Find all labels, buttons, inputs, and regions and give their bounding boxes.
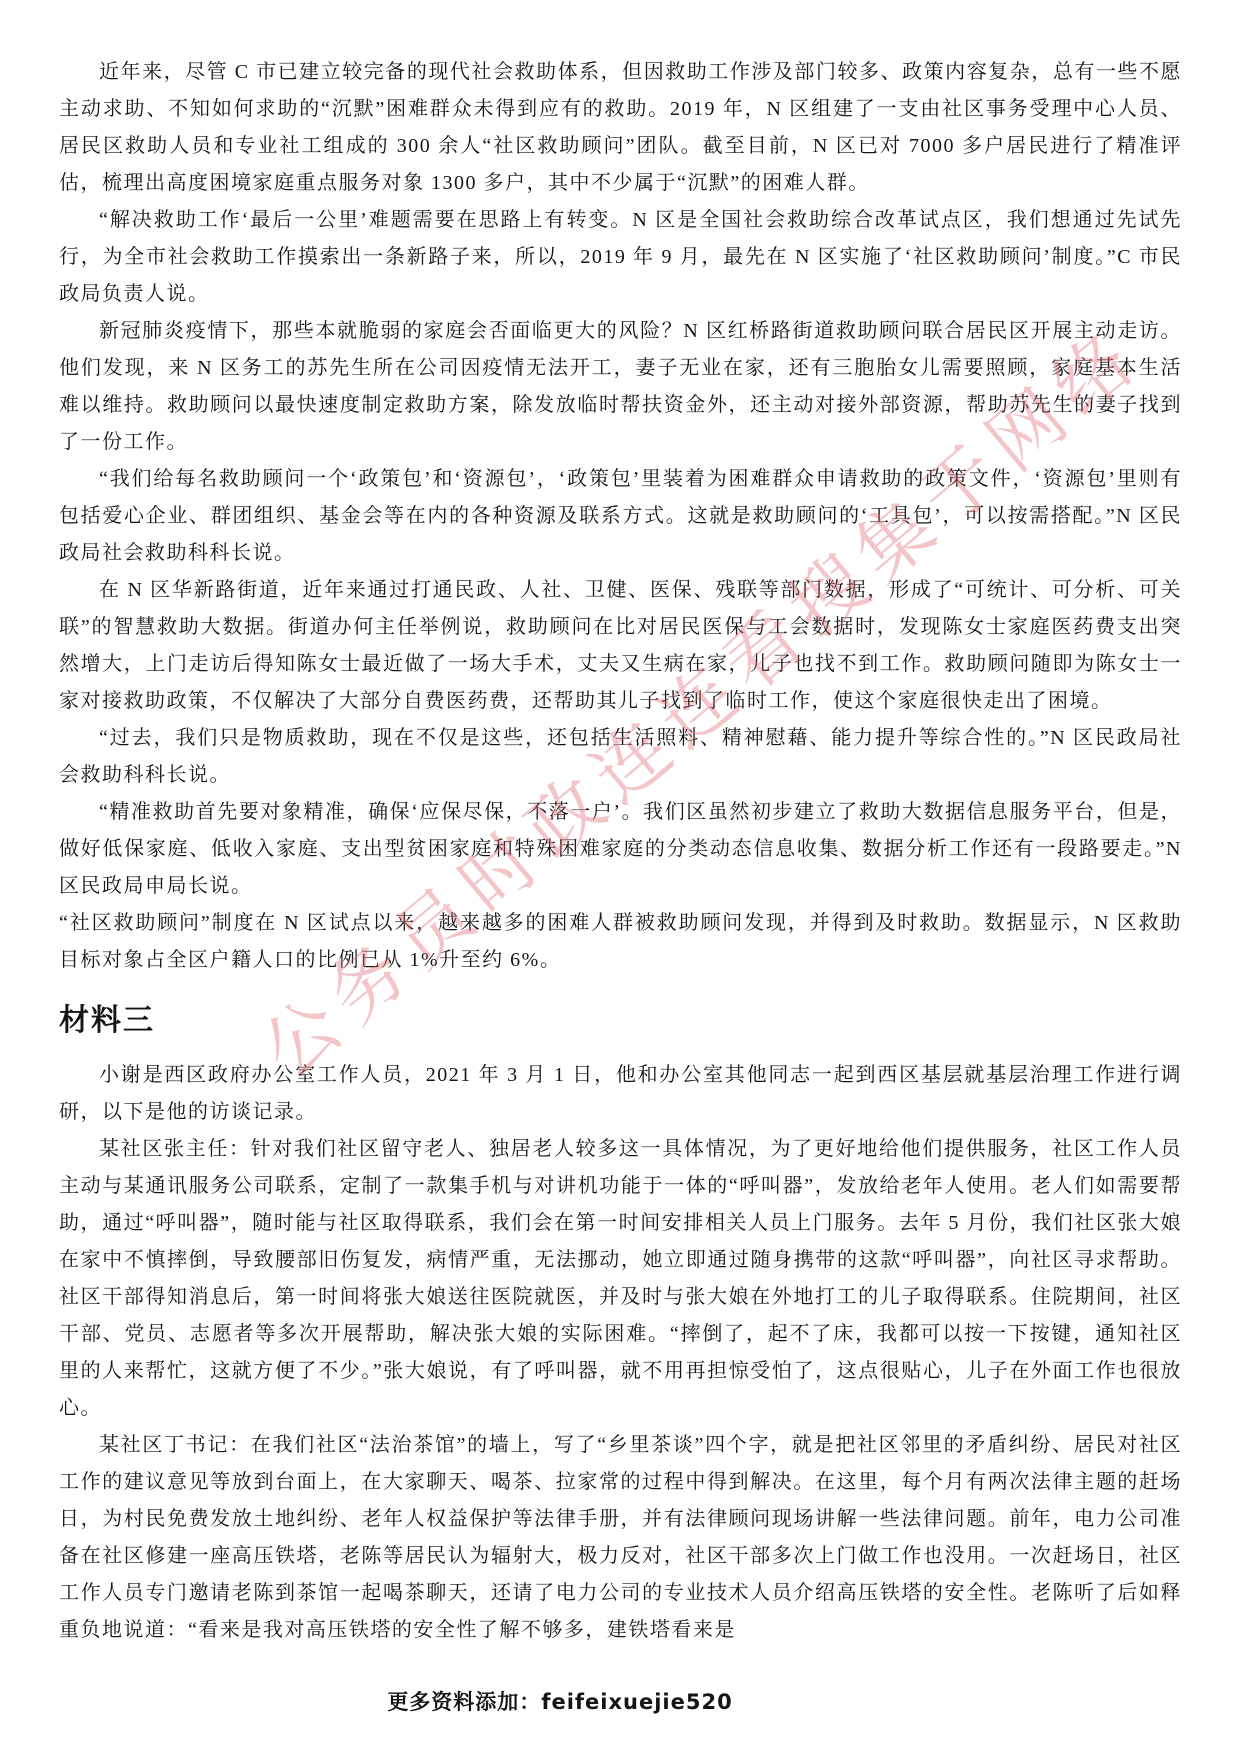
paragraph: “我们给每名救助顾问一个‘政策包’和‘资源包’，‘政策包’里装着为困难群众申请救… [59, 461, 1182, 572]
paragraph: “精准救助首先要对象精准，确保‘应保尽保，不落一户’。我们区虽然初步建立了救助大… [59, 794, 1182, 905]
document-body: 近年来，尽管 C 市已建立较完备的现代社会救助体系，但因救助工作涉及部门较多、政… [59, 54, 1182, 1649]
paragraph: 小谢是西区政府办公室工作人员，2021 年 3 月 1 日，他和办公室其他同志一… [59, 1057, 1182, 1131]
paragraph: 在 N 区华新路街道，近年来通过打通民政、人社、卫健、医保、残联等部门数据，形成… [59, 572, 1182, 720]
footer-label: 更多资料添加： [387, 1690, 541, 1714]
paragraph: “社区救助顾问”制度在 N 区试点以来，越来越多的困难人群被救助顾问发现，并得到… [59, 905, 1182, 979]
paragraph: “解决救助工作‘最后一公里’难题需要在思路上有转变。N 区是全国社会救助综合改革… [59, 202, 1182, 313]
document-page: 公务员时政连连看搜集于网络 近年来，尽管 C 市已建立较完备的现代社会救助体系，… [0, 0, 1240, 1754]
paragraph: 近年来，尽管 C 市已建立较完备的现代社会救助体系，但因救助工作涉及部门较多、政… [59, 54, 1182, 202]
paragraph: 某社区丁书记：在我们社区“法治茶馆”的墙上，写了“乡里茶谈”四个字，就是把社区邻… [59, 1427, 1182, 1649]
section-heading: 材料三 [59, 1001, 1182, 1041]
paragraph: 某社区张主任：针对我们社区留守老人、独居老人较多这一具体情况，为了更好地给他们提… [59, 1131, 1182, 1427]
footer: 更多资料添加：feifeixuejie520 [0, 1686, 1120, 1716]
paragraph: 新冠肺炎疫情下，那些本就脆弱的家庭会否面临更大的风险？N 区红桥路街道救助顾问联… [59, 313, 1182, 461]
paragraph: “过去，我们只是物质救助，现在不仅是这些，还包括生活照料、精神慰藉、能力提升等综… [59, 720, 1182, 794]
footer-account: feifeixuejie520 [541, 1690, 732, 1714]
